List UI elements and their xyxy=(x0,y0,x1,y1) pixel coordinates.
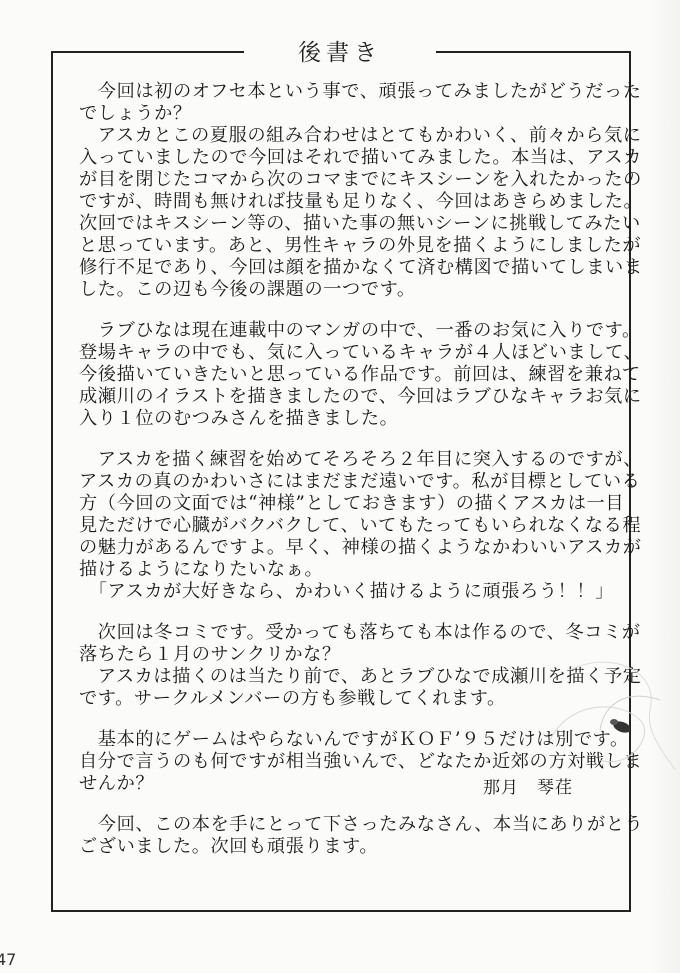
text-line: 登場キャラの中でも、気に入っているキャラが４人ほどいまして、 xyxy=(79,342,642,364)
text-line: です。サークルメンバーの方も参戦してくれます。 xyxy=(79,688,506,710)
text-line: 入り１位のむつみさんを描きました。 xyxy=(79,408,398,430)
text-line: した。この辺も今後の課題の一つです。 xyxy=(79,279,416,301)
text-line: 修行不足であり、今回は顔を描かなくて済む構図で描いてしまいま xyxy=(79,257,643,279)
text-line: が目を閉じたコマから次のコマまでにキスシーンを入れたかったの xyxy=(79,169,642,191)
text-line: アスカの真のかわいさにはまだまだ遠いです。私が目標としている xyxy=(79,471,640,493)
text-line: の魅力があるんですよ。早く、神様の描くようなかわいいアスカが xyxy=(79,537,642,559)
text-line: アスカとこの夏服の組み合わせはとてもかわいく、前々から気に xyxy=(79,125,642,147)
text-line: アスカを描く練習を始めてそろそろ２年目に突入するのですが、 xyxy=(79,449,642,471)
ribbon-ornament-icon xyxy=(540,640,680,780)
text-line: 成瀬川のイラストを描きましたので、今回はラブひなキャラお気に xyxy=(79,386,642,408)
text-line: 「アスカが大好きなら、かわいく描けるように頑張ろう！！」 xyxy=(79,581,614,603)
text-line: 描けるようになりたいなぁ。 xyxy=(79,559,323,581)
text-line: 今後描いていきたいと思っている作品です。前回は、練習を兼ねて xyxy=(79,364,641,386)
page-title: 後書き xyxy=(244,34,436,67)
text-line: 落ちたら１月のサンクリかな？ xyxy=(79,644,341,666)
text-line: と思っています。あと、男性キャラの外見を描くようにしましたが xyxy=(79,235,641,257)
text-line: 見ただけで心臓がバクバクして、いてもたってもいられなくなる程 xyxy=(79,515,641,537)
text-line: ございました。次回も頑張ります。 xyxy=(79,836,378,858)
text-line: 今回は初のオフセ本という事で、頑張ってみましたがどうだった xyxy=(79,81,642,103)
author-signature: 那月 琴荏 xyxy=(483,773,573,798)
text-line: ですが、時間も無ければ技量も足りなく、今回はあきらめました。 xyxy=(79,191,642,213)
page-number: 47 xyxy=(0,950,16,969)
page-edge-shadow xyxy=(650,0,680,973)
text-line: ラブひなは現在連載中のマンガの中で、一番のお気に入りです。 xyxy=(79,320,641,342)
text-line: 次回ではキスシーン等の、描いた事の無いシーンに挑戦してみたい xyxy=(79,213,641,235)
text-line: 入っていましたので今回はそれで描いてみました。本当は、アスカ xyxy=(79,147,642,169)
text-line: 方（今回の文面では“神様”としておきます）の描くアスカは一目 xyxy=(79,493,624,515)
text-line: せんか？ xyxy=(79,773,154,795)
text-line: 今回、この本を手にとって下さったみなさん、本当にありがとう xyxy=(79,814,643,836)
text-line: でしょうか？ xyxy=(79,103,192,125)
